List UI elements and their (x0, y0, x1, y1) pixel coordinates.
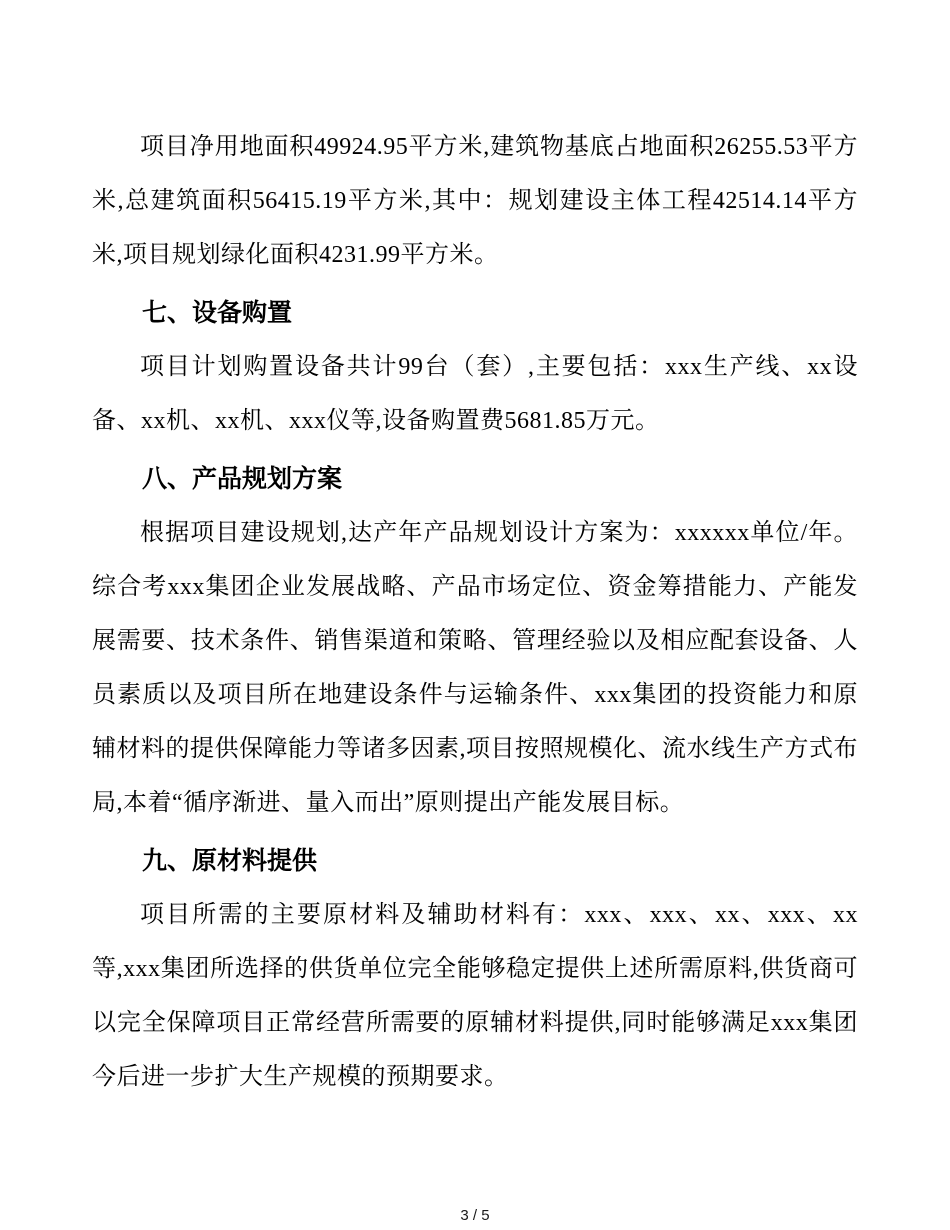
document-page: 项目净用地面积49924.95平方米,建筑物基底占地面积26255.53平方米,… (0, 0, 950, 1230)
page-number: 3 / 5 (0, 1204, 950, 1228)
heading-product-planning: 八、产品规划方案 (92, 452, 858, 506)
document-content: 项目净用地面积49924.95平方米,建筑物基底占地面积26255.53平方米,… (92, 120, 858, 1104)
paragraph-equipment-purchase: 项目计划购置设备共计99台（套）,主要包括：xxx生产线、xx设备、xx机、xx… (92, 340, 858, 448)
paragraph-raw-materials: 项目所需的主要原材料及辅助材料有：xxx、xxx、xx、xxx、xx等,xxx集… (92, 888, 858, 1104)
heading-raw-materials: 九、原材料提供 (92, 834, 858, 888)
paragraph-product-planning: 根据项目建设规划,达产年产品规划设计方案为：xxxxxx单位/年。综合考xxx集… (92, 506, 858, 830)
paragraph-land-area: 项目净用地面积49924.95平方米,建筑物基底占地面积26255.53平方米,… (92, 120, 858, 282)
heading-equipment-purchase: 七、设备购置 (92, 286, 858, 340)
